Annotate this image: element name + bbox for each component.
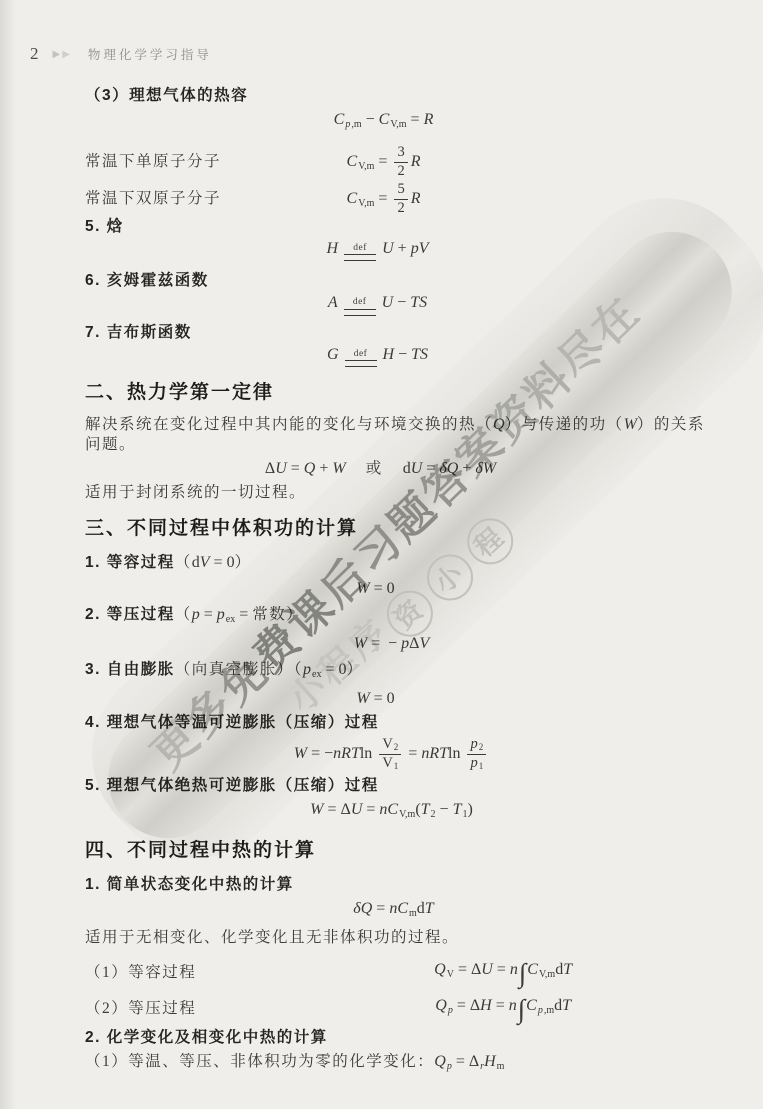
math-token: d (192, 554, 200, 571)
math-token: T (411, 346, 420, 363)
math-token: W (354, 635, 367, 652)
def-label: def (353, 244, 367, 254)
math-token: H (480, 997, 492, 1014)
math-token: 2 (397, 163, 404, 179)
fraction-numerator: 3 (394, 145, 407, 163)
math-token: 适用于无相变化、化学变化且无非体积功的过程。 (85, 929, 459, 946)
math-token: = (239, 606, 248, 623)
math-token: ln (360, 745, 372, 762)
item-4-isothermal: 4. 理想气体等温可逆膨胀（压缩）过程 (85, 713, 718, 733)
math-token: δ (439, 460, 446, 477)
math-token: Q (435, 997, 447, 1014)
math-token: 二、热力学第一定律 (85, 382, 274, 403)
math-token: = (374, 580, 383, 597)
integral-sign: ∫ (519, 958, 526, 988)
math-token: = (371, 635, 380, 652)
math-token: = (376, 900, 385, 917)
math-token: U (481, 961, 493, 978)
formula-w-isothermal: W=−nRTlnV2V1=nRTlnp2p1 (85, 737, 718, 772)
para-first-law-scope-content: 适用于封闭系统的一切过程。 (85, 483, 306, 503)
math-token: n (510, 961, 518, 978)
math-token: H (484, 1053, 496, 1070)
math-token: 1 (394, 761, 399, 771)
para-first-law: 解决系统在变化过程中其内能的变化与环境交换的热（Q）与传递的功（W）的关系问题。 (85, 415, 718, 455)
math-token: d (554, 997, 562, 1014)
math-token: + (398, 240, 407, 257)
math-token: ex (226, 614, 235, 625)
math-token: δ (475, 460, 482, 477)
math-token: n (421, 745, 429, 762)
math-token: T (351, 745, 360, 762)
def-equals: def (344, 298, 376, 316)
math-token: = (426, 460, 435, 477)
fraction: p2p1 (467, 737, 486, 772)
math-token: d (403, 460, 411, 477)
row-diatomic-formula: CV,m=52R (135, 182, 632, 217)
math-token: = (411, 111, 420, 128)
math-token: T (421, 801, 430, 818)
formula-w-zero-2-content: W=0 (356, 689, 394, 709)
math-token: 2 (479, 742, 484, 752)
fraction-numerator: 5 (394, 182, 407, 200)
math-token: （1）等温、等压、非体积功为零的化学变化： (85, 1053, 434, 1070)
math-token: T (563, 961, 572, 978)
para-dq-scope: 适用于无相变化、化学变化且无非体积功的过程。 (85, 928, 718, 948)
math-token: 或 (366, 460, 383, 477)
item-7-gibbs-content: 7. 吉布斯函数 (85, 323, 192, 343)
math-token: V (200, 554, 210, 571)
fraction-denominator: 2 (397, 200, 404, 217)
math-token: p (538, 1005, 543, 1016)
fraction-numerator: p2 (467, 737, 486, 755)
math-token: ）与传递的功（ (505, 416, 624, 433)
math-token: H (327, 240, 339, 257)
math-token: T (410, 294, 419, 311)
math-token: = (291, 460, 300, 477)
math-token: W (483, 460, 496, 477)
row-diatomic: 常温下双原子分子CV,m=52R (85, 182, 718, 217)
math-token: = (311, 745, 320, 762)
math-token: R (341, 745, 351, 762)
math-token: U (382, 294, 394, 311)
math-token: − (398, 346, 407, 363)
math-token: C (347, 153, 358, 170)
formula-gibbs-def-content: GdefH−TS (327, 345, 428, 368)
math-token: = (408, 745, 417, 762)
math-token: 解决系统在变化过程中其内能的变化与环境交换的热（ (85, 416, 493, 433)
math-token: V,m (390, 119, 406, 130)
math-token: T (453, 801, 462, 818)
math-token: 2 (397, 200, 404, 216)
page-number: 2 (30, 44, 39, 64)
math-token: C (379, 111, 390, 128)
math-token: R (429, 745, 439, 762)
math-token: ,m (351, 119, 361, 130)
arrow-right-icon: ▶ (62, 49, 72, 60)
math-token: Δ (265, 460, 275, 477)
math-token: C (347, 190, 358, 207)
formula-cp-minus-cv: Cp,m−CV,m=R (85, 110, 718, 135)
formula-gibbs-def: GdefH−TS (85, 345, 718, 368)
math-token: p (447, 1061, 452, 1072)
math-token: m (497, 1061, 505, 1072)
math-token: ） (286, 606, 303, 623)
double-bar (344, 254, 376, 261)
item-5-enthalpy-content: 5. 焓 (85, 217, 124, 237)
item-1-isochoric-content: 1. 等容过程（dV=0） (85, 553, 252, 573)
row-monatomic: 常温下单原子分子CV,m=32R (85, 145, 718, 180)
math-token: p (470, 736, 477, 752)
document-page: 2 ▶▶ 物理化学学习指导 （3）理想气体的热容Cp,m−CV,m=R常温下单原… (0, 0, 763, 1109)
item-4-isothermal-content: 4. 理想气体等温可逆膨胀（压缩）过程 (85, 713, 379, 733)
math-token: = (378, 153, 387, 170)
row-qv: （1）等容过程QV=ΔU=n∫CV,mdT (85, 958, 718, 988)
fraction-denominator: p1 (470, 755, 483, 772)
math-token: V (419, 635, 429, 652)
formula-w-adiabatic-content: W=ΔU=nCV,m(T2−T1) (310, 800, 473, 825)
math-token: R (411, 153, 421, 170)
math-token: ） (235, 554, 252, 571)
item-1-simple-state: 1. 简单状态变化中热的计算 (85, 875, 718, 895)
math-token: 常数 (252, 606, 286, 623)
section-2-heading: 二、热力学第一定律 (85, 381, 718, 405)
formula-enthalpy-def: HdefU+pV (85, 239, 718, 262)
formula-w-zero-1-content: W=0 (356, 579, 394, 599)
math-token: Δ (469, 1053, 479, 1070)
math-token: A (328, 294, 338, 311)
item-2-chemical: 2. 化学变化及相变化中热的计算 (85, 1028, 718, 1048)
math-token: Q (361, 900, 373, 917)
math-token: R (411, 190, 421, 207)
item-5-enthalpy: 5. 焓 (85, 217, 718, 237)
double-bar (345, 360, 377, 367)
math-token: 适用于封闭系统的一切过程。 (85, 484, 306, 501)
math-token: n (509, 997, 517, 1014)
math-token: 5. 理想气体绝热可逆膨胀（压缩）过程 (85, 777, 379, 794)
math-token: V,m (399, 809, 415, 820)
math-token: p (448, 1005, 453, 1016)
def-equals: def (345, 350, 377, 368)
fraction: 52 (394, 182, 407, 217)
para-chemical-qp: （1）等温、等压、非体积功为零的化学变化：Qp=ΔrHm (85, 1052, 718, 1077)
math-token: W (356, 580, 369, 597)
math-token: 三、不同过程中体积功的计算 (85, 518, 358, 539)
math-token: n (389, 900, 397, 917)
math-token: V (419, 240, 429, 257)
def-equals: def (344, 244, 376, 262)
math-token: R (424, 111, 434, 128)
math-token: 0 (227, 554, 235, 571)
math-token: C (527, 961, 538, 978)
math-token: （ (175, 606, 192, 623)
math-token: 2 (394, 742, 399, 752)
math-token: p (345, 119, 350, 130)
math-token: V (447, 969, 454, 980)
math-token: （2）等压过程 (85, 1000, 196, 1017)
header-arrows: ▶▶ (53, 49, 72, 60)
math-token: H (383, 346, 395, 363)
math-token: 3 (397, 144, 404, 160)
math-token: 2 (431, 809, 436, 820)
formula-helmholtz-def-content: AdefU−TS (328, 293, 427, 316)
math-token: − (388, 635, 397, 652)
para-first-law-scope: 适用于封闭系统的一切过程。 (85, 483, 718, 503)
math-token: = (325, 661, 334, 678)
math-token: = (456, 1053, 465, 1070)
math-token: （1）等容过程 (85, 964, 196, 981)
math-token: − (397, 294, 406, 311)
math-token: 5 (397, 181, 404, 197)
math-token: C (334, 111, 345, 128)
formula-w-isothermal-content: W=−nRTlnV2V1=nRTlnp2p1 (294, 737, 489, 772)
section-3-heading: 三、不同过程中体积功的计算 (85, 517, 718, 541)
item-3-heat-capacity-heading: （3）理想气体的热容 (85, 86, 718, 106)
math-token: W (294, 745, 307, 762)
math-token: V,m (358, 161, 374, 172)
def-label: def (353, 298, 367, 308)
row-monatomic-formula: CV,m=32R (135, 145, 632, 180)
para-dq-scope-content: 适用于无相变化、化学变化且无非体积功的过程。 (85, 928, 459, 948)
math-token: （ (175, 554, 192, 571)
double-bar (344, 309, 376, 316)
math-token: Q (304, 460, 316, 477)
def-label: def (354, 350, 368, 360)
math-token: = (374, 690, 383, 707)
math-token: Q (434, 961, 446, 978)
row-qp-formula: Qp=ΔH=n∫Cp,mdT (242, 994, 763, 1024)
para-first-law-content: 解决系统在变化过程中其内能的变化与环境交换的热（Q）与传递的功（W）的关系问题。 (85, 415, 718, 455)
math-token: ) (467, 801, 472, 818)
math-token: ,m (544, 1005, 554, 1016)
math-token: = (458, 961, 467, 978)
formula-dq-content: δQ=nCmdT (353, 899, 433, 924)
math-token: V (382, 755, 392, 771)
fraction-denominator: V1 (382, 755, 398, 772)
math-token: = (378, 190, 387, 207)
math-token: p (411, 240, 419, 257)
row-qv-label: （1）等容过程 (85, 963, 196, 983)
math-token: U (382, 240, 394, 257)
math-token: ） (346, 661, 363, 678)
math-token: V,m (358, 198, 374, 209)
formula-cp-minus-cv-content: Cp,m−CV,m=R (334, 110, 434, 135)
section-2-heading-content: 二、热力学第一定律 (85, 381, 274, 405)
formula-w-pdv-content: W=−pΔV (354, 634, 429, 654)
math-token: Δ (409, 635, 419, 652)
formula-first-law-content: ΔU=Q+W或dU=δQ+δW (265, 459, 496, 479)
math-token: = (497, 961, 506, 978)
math-token: C (526, 997, 537, 1014)
math-token: d (555, 961, 563, 978)
item-2-chemical-content: 2. 化学变化及相变化中热的计算 (85, 1028, 328, 1048)
math-token: p (217, 606, 225, 623)
math-token: = (328, 801, 337, 818)
item-7-gibbs: 7. 吉布斯函数 (85, 323, 718, 343)
math-token: W (624, 416, 637, 433)
item-1-simple-state-content: 1. 简单状态变化中热的计算 (85, 875, 294, 895)
formula-helmholtz-def: AdefU−TS (85, 293, 718, 316)
math-token: 3. 自由膨胀 (85, 661, 175, 678)
math-token: Q (493, 416, 505, 433)
math-token: T (562, 997, 571, 1014)
math-token: Q (434, 1053, 446, 1070)
fraction: 32 (394, 145, 407, 180)
formula-w-zero-1: W=0 (85, 579, 718, 599)
section-4-heading: 四、不同过程中热的计算 (85, 839, 718, 863)
math-token: T (425, 900, 434, 917)
para-chemical-qp-content: （1）等温、等压、非体积功为零的化学变化：Qp=ΔrHm (85, 1052, 504, 1077)
math-token: C (387, 801, 398, 818)
math-token: 1. 简单状态变化中热的计算 (85, 876, 294, 893)
page-header: 2 ▶▶ 物理化学学习指导 (30, 44, 212, 64)
math-token: U (351, 801, 363, 818)
math-token: − (440, 801, 449, 818)
math-token: W (332, 460, 345, 477)
book-title: 物理化学学习指导 (88, 45, 212, 63)
integral-sign: ∫ (518, 994, 525, 1024)
row-qp-label: （2）等压过程 (85, 999, 196, 1019)
item-5-adiabatic: 5. 理想气体绝热可逆膨胀（压缩）过程 (85, 776, 718, 796)
formula-dq: δQ=nCmdT (85, 899, 718, 924)
math-token: = (214, 554, 223, 571)
math-token: Q (447, 460, 459, 477)
math-token: C (397, 900, 408, 917)
math-token: − (366, 111, 375, 128)
math-token: Δ (471, 961, 481, 978)
math-token: Δ (341, 801, 351, 818)
math-token: = (457, 997, 466, 1014)
formula-w-zero-2: W=0 (85, 689, 718, 709)
math-token: U (411, 460, 423, 477)
math-token: = (366, 801, 375, 818)
item-3-free-expansion: 3. 自由膨胀（向真空膨胀）（pex=0） (85, 660, 718, 685)
item-5-adiabatic-content: 5. 理想气体绝热可逆膨胀（压缩）过程 (85, 776, 379, 796)
item-6-helmholtz: 6. 亥姆霍兹函数 (85, 271, 718, 291)
formula-first-law: ΔU=Q+W或dU=δQ+δW (85, 459, 718, 479)
math-token: = (496, 997, 505, 1014)
math-token: S (420, 346, 428, 363)
formula-w-adiabatic: W=ΔU=nCV,m(T2−T1) (85, 800, 718, 825)
section-3-heading-content: 三、不同过程中体积功的计算 (85, 517, 358, 541)
math-token: ex (312, 669, 321, 680)
math-token: 2. 等压过程 (85, 606, 175, 623)
row-qv-formula: QV=ΔU=n∫CV,mdT (242, 958, 763, 988)
fraction-denominator: 2 (397, 163, 404, 180)
math-token: = (204, 606, 213, 623)
math-token: 四、不同过程中热的计算 (85, 840, 316, 861)
math-token: 4. 理想气体等温可逆膨胀（压缩）过程 (85, 714, 379, 731)
math-token: 6. 亥姆霍兹函数 (85, 272, 209, 289)
math-token: （3）理想气体的热容 (85, 87, 248, 104)
formula-enthalpy-def-content: HdefU+pV (327, 239, 429, 262)
math-token: V,m (539, 969, 555, 980)
formula-w-pdv: W=−pΔV (85, 634, 718, 654)
math-token: S (419, 294, 427, 311)
math-token: ln (448, 745, 460, 762)
math-token: （向真空膨胀）（ (175, 661, 303, 678)
item-2-isobaric-content: 2. 等压过程（p=pex=常数） (85, 605, 303, 630)
section-4-heading-content: 四、不同过程中热的计算 (85, 839, 316, 863)
content-rows: （3）理想气体的热容Cp,m−CV,m=R常温下单原子分子CV,m=32R常温下… (0, 0, 763, 1109)
row-qp: （2）等压过程Qp=ΔH=n∫Cp,mdT (85, 994, 718, 1024)
page-gutter-shadow (0, 0, 16, 1109)
math-token: p (303, 661, 311, 678)
math-token: 7. 吉布斯函数 (85, 324, 192, 341)
math-token: W (356, 690, 369, 707)
item-3-free-expansion-content: 3. 自由膨胀（向真空膨胀）（pex=0） (85, 660, 364, 685)
math-token: 0 (387, 580, 395, 597)
math-token: 0 (387, 690, 395, 707)
item-2-isobaric: 2. 等压过程（p=pex=常数） (85, 605, 718, 630)
math-token: 5. 焓 (85, 218, 124, 235)
arrow-right-icon: ▶ (53, 49, 63, 60)
math-token: 2. 化学变化及相变化中热的计算 (85, 1029, 328, 1046)
item-3-heat-capacity-heading-content: （3）理想气体的热容 (85, 86, 248, 106)
math-token: p (192, 606, 200, 623)
math-token: Δ (470, 997, 480, 1014)
fraction: V2V1 (379, 737, 401, 772)
math-token: 1. 等容过程 (85, 554, 175, 571)
math-token: + (462, 460, 471, 477)
math-token: G (327, 346, 339, 363)
fraction-numerator: V2 (379, 737, 401, 755)
math-token: p (470, 755, 477, 771)
item-1-isochoric: 1. 等容过程（dV=0） (85, 553, 718, 573)
math-token: 1 (479, 761, 484, 771)
math-token: W (310, 801, 323, 818)
math-token: V (382, 736, 392, 752)
math-token: + (319, 460, 328, 477)
math-token: U (275, 460, 287, 477)
math-token: T (439, 745, 448, 762)
item-6-helmholtz-content: 6. 亥姆霍兹函数 (85, 271, 209, 291)
